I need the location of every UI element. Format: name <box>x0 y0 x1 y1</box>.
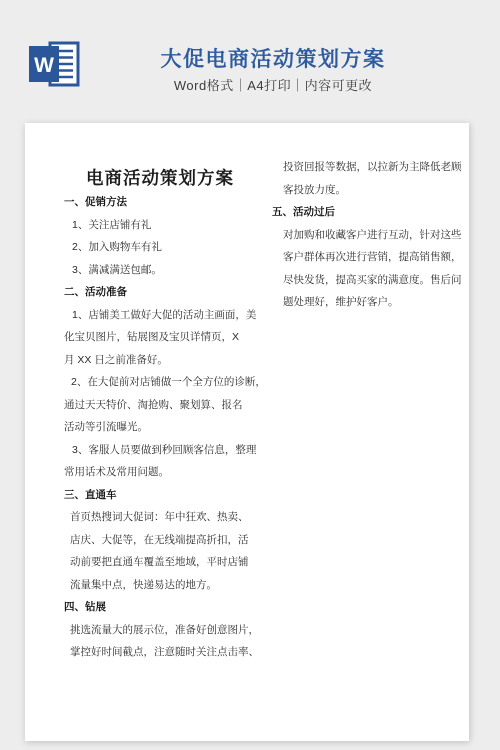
doc-body-line: 尽快发货，提高买家的满意度。售后问 <box>283 269 470 292</box>
doc-body-line: 挑选流量大的展示位，准备好创意图片， <box>70 619 262 642</box>
doc-body-line: 1、关注店铺有礼 <box>72 214 262 237</box>
doc-body-line: 常用话术及常用问题。 <box>64 461 262 484</box>
doc-heading-line: 四、钻展 <box>64 596 262 619</box>
document-page-preview: 电商活动策划方案 一、促销方法1、关注店铺有礼2、加入购物车有礼3、满减满送包邮… <box>25 123 469 741</box>
doc-heading-line: 一、促销方法 <box>64 191 262 214</box>
document-title: 电商活动策划方案 <box>64 165 256 190</box>
doc-body-line: 客户群体再次进行营销，提高销售额， <box>283 246 470 269</box>
doc-body-line: 月 XX 日之前准备好。 <box>64 349 262 372</box>
template-preview-page: W 大促电商活动策划方案 Word格式｜A4打印｜内容可更改 电商活动策划方案 … <box>0 0 500 750</box>
doc-heading-line: 五、活动过后 <box>272 201 470 224</box>
doc-body-line: 化宝贝图片，钻展图及宝贝详情页，X <box>64 326 262 349</box>
doc-heading-line: 三、直通车 <box>64 484 262 507</box>
doc-body-line: 客投放力度。 <box>283 179 470 202</box>
doc-body-line: 1、店铺美工做好大促的活动主画面，美 <box>72 304 262 327</box>
doc-column-left: 一、促销方法1、关注店铺有礼2、加入购物车有礼3、满减满送包邮。二、活动准备1、… <box>64 191 262 664</box>
doc-body-line: 3、客服人员要做到秒回顾客信息，整理 <box>72 439 262 462</box>
doc-body-line: 2、加入购物车有礼 <box>72 236 262 259</box>
doc-body-line: 流量集中点，快递易达的地方。 <box>70 574 262 597</box>
doc-body-line: 店庆、大促等，在无线端提高折扣，活 <box>70 529 262 552</box>
doc-body-line: 投资回报等数据，以拉新为主降低老顾 <box>283 156 470 179</box>
doc-body-line: 动前要把直通车覆盖至地域，平时店铺 <box>70 551 262 574</box>
doc-body-line: 题处理好，维护好客户。 <box>283 291 470 314</box>
page-title: 大促电商活动策划方案 <box>46 43 500 73</box>
doc-body-line: 通过天天特价、淘抢购、聚划算、报名 <box>64 394 262 417</box>
doc-body-line: 2、在大促前对店铺做一个全方位的诊断， <box>71 371 262 394</box>
doc-column-right: 投资回报等数据，以拉新为主降低老顾客投放力度。五、活动过后对加购和收藏客户进行互… <box>272 156 470 314</box>
doc-heading-line: 二、活动准备 <box>64 281 262 304</box>
doc-body-line: 3、满减满送包邮。 <box>72 259 262 282</box>
page-subtitle: Word格式｜A4打印｜内容可更改 <box>46 75 500 94</box>
doc-body-line: 活动等引流曝光。 <box>64 416 262 439</box>
doc-body-line: 首页热搜词大促词：年中狂欢、热卖、 <box>70 506 262 529</box>
doc-body-line: 掌控好时间截点，注意随时关注点击率、 <box>70 641 262 664</box>
doc-body-line: 对加购和收藏客户进行互动，针对这些 <box>283 224 470 247</box>
